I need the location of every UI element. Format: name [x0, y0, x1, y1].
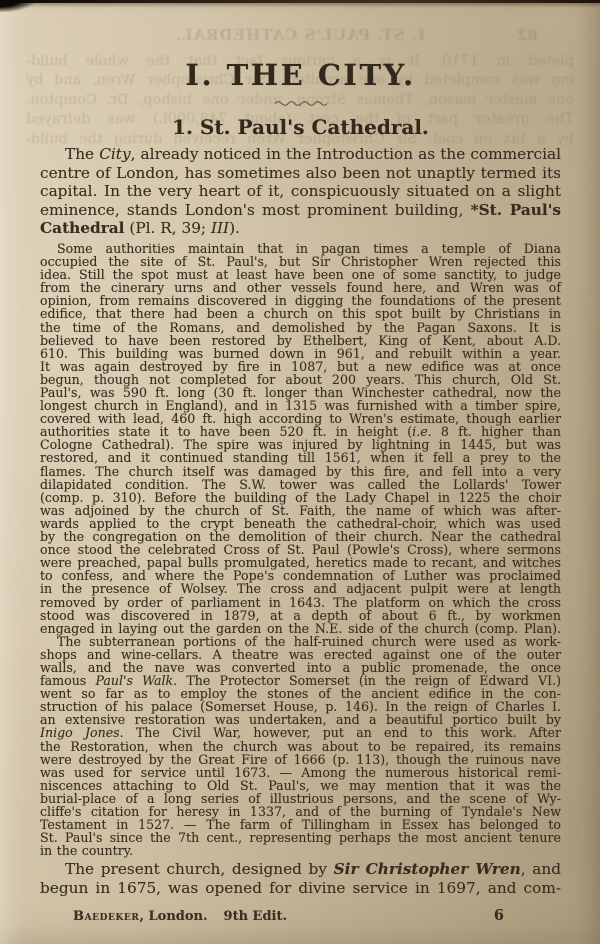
- publisher-imprint: Baedeker, London.9th Edit.: [40, 909, 287, 924]
- book-page-scan: 82 I. ST. PAUL'S CATHEDRAL. pleted in 17…: [0, 0, 600, 944]
- closing-paragraph: The present church, designed by Sir Chri…: [40, 860, 561, 898]
- page-footer: Baedeker, London.9th Edit. 6: [40, 907, 562, 924]
- section-title: 1. St. Paul's Cathedral.: [40, 115, 561, 139]
- chapter-title: I. THE CITY.: [40, 58, 561, 92]
- wavy-rule-ornament: [274, 99, 328, 107]
- bleedthrough-page-number: 82: [517, 26, 538, 44]
- signature-mark: 6: [494, 907, 504, 924]
- intro-paragraph: The City, already noticed in the Introdu…: [40, 145, 561, 238]
- page-text-block: I. THE CITY. 1. St. Paul's Cathedral. Th…: [40, 44, 561, 898]
- history-paragraph-1: Some authorities maintain that in pagan …: [40, 242, 561, 635]
- book-top-edge: [0, 0, 600, 3]
- book-top-left-corner-shadow: [0, 0, 34, 12]
- bleedthrough-running-head: I. ST. PAUL'S CATHEDRAL.: [150, 26, 450, 44]
- history-paragraph-2: The subterranean portions of the half-ru…: [40, 635, 561, 858]
